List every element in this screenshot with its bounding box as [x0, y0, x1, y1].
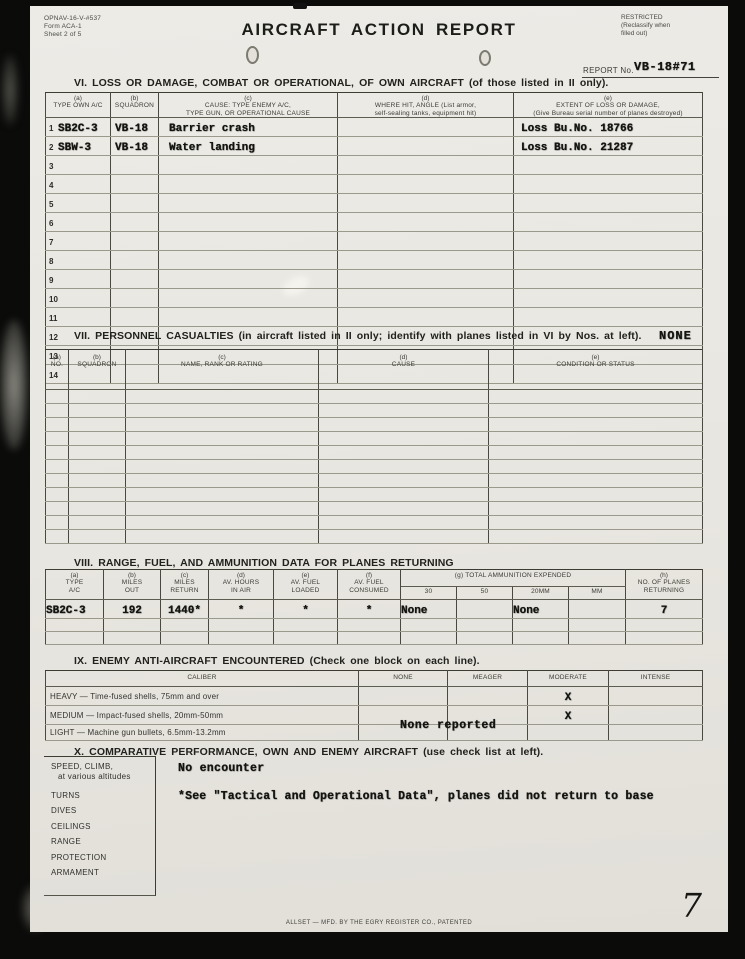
- column-letter: (h): [626, 572, 702, 579]
- empty-cell: [489, 432, 703, 446]
- check-moderate-cell: [528, 725, 609, 741]
- column-label: SQUADRON: [111, 102, 158, 110]
- column-header: (a)NO.: [46, 350, 69, 390]
- loss-damage-row: 4: [46, 175, 703, 194]
- range-fuel-row: [46, 632, 703, 645]
- cell-extent: Loss Bu.No. 18766: [514, 118, 703, 137]
- caliber-label: HEAVY — Time-fused shells, 75mm and over: [46, 687, 359, 706]
- empty-cell: [319, 460, 489, 474]
- cell-extent: [514, 213, 703, 232]
- cell-cause: [159, 213, 338, 232]
- column-header: (b)SQUADRON: [69, 350, 126, 390]
- empty-cell: [126, 502, 319, 516]
- column-label: A/C: [46, 587, 103, 595]
- column-label: TYPE: [46, 579, 103, 587]
- column-header: (d)WHERE HIT, ANGLE (List armor,self-sea…: [338, 93, 514, 118]
- header-row: CALIBERNONEMEAGERMODERATEINTENSE: [46, 671, 703, 687]
- light-aa-none-reported-entry: None reported: [400, 719, 496, 732]
- casualty-row: [46, 460, 703, 474]
- entry-cause: [159, 199, 169, 211]
- cell-type-own-ac: 10: [46, 289, 111, 308]
- cell-ammo-50: [457, 600, 513, 619]
- cell-miles-out: [104, 619, 161, 632]
- column-header: CALIBER: [46, 671, 359, 687]
- no-encounter-entry: No encounter: [178, 762, 264, 775]
- column-letter: (a): [46, 95, 110, 102]
- scan-artifact: [0, 320, 28, 450]
- cell-squadron: VB-18: [111, 137, 159, 156]
- cell-squadron: [111, 270, 159, 289]
- entry-miles-out: 192: [122, 605, 142, 617]
- personnel-casualties-table: (a)NO.(b)SQUADRON(c)NAME, RANK OR RATING…: [45, 349, 703, 544]
- entry-squadron: [111, 294, 115, 306]
- checklist-item: CEILINGS: [44, 822, 155, 832]
- cell-cause: [159, 289, 338, 308]
- casualty-row: [46, 516, 703, 530]
- page-number: 7: [681, 886, 702, 925]
- empty-cell: [319, 488, 489, 502]
- column-label: RETURNING: [626, 587, 702, 595]
- ammo-subcolumn-label: 30: [401, 588, 456, 596]
- entry-type-ac: SB2C-3: [46, 605, 86, 617]
- column-letter: (a): [46, 354, 68, 361]
- table-body: HEAVY — Time-fused shells, 75mm and over…: [46, 687, 703, 741]
- column-label: WHERE HIT, ANGLE (List armor,: [338, 102, 513, 110]
- cell-type-own-ac: 8: [46, 251, 111, 270]
- empty-cell: [46, 418, 69, 432]
- entry-squadron: VB-18: [111, 123, 148, 135]
- empty-cell: [126, 446, 319, 460]
- cell-where-hit: [338, 289, 514, 308]
- casualty-row: [46, 488, 703, 502]
- column-label: MODERATE: [528, 674, 608, 682]
- empty-cell: [46, 460, 69, 474]
- empty-cell: [46, 530, 69, 544]
- checklist-item: DIVES: [44, 806, 155, 816]
- loss-damage-row: 8: [46, 251, 703, 270]
- section-viii-title: VIII. RANGE, FUEL, AND AMMUNITION DATA F…: [74, 557, 454, 569]
- cell-fuel-loaded: [274, 632, 338, 645]
- performance-checklist: SPEED, CLIMB,at various altitudesTURNSDI…: [44, 756, 156, 896]
- empty-cell: [69, 502, 126, 516]
- check-mark: X: [565, 711, 572, 723]
- cell-where-hit: [338, 137, 514, 156]
- table-head: (a)TYPEA/C(b)MILESOUT(c)MILESRETURN(d)AV…: [46, 570, 703, 600]
- entry-squadron: [111, 180, 115, 192]
- check-intense-cell: [609, 725, 703, 741]
- column-letter: (b): [69, 354, 125, 361]
- empty-cell: [69, 390, 126, 404]
- section-ix-title: IX. ENEMY ANTI-AIRCRAFT ENCOUNTERED (Che…: [74, 655, 480, 667]
- entry-cause: [159, 180, 169, 192]
- entry-extent: Loss Bu.No. 21287: [514, 142, 633, 154]
- checklist-item: ARMAMENT: [44, 868, 155, 878]
- cell-extent: [514, 289, 703, 308]
- check-none-cell: [359, 687, 448, 706]
- cell-squadron: [111, 289, 159, 308]
- header-row: (a)TYPE OWN A/C(b)SQUADRON(c)CAUSE: TYPE…: [46, 93, 703, 118]
- column-label: MILES: [161, 579, 208, 587]
- cell-where-hit: [338, 308, 514, 327]
- report-number-value: VB-18#71: [634, 60, 696, 74]
- entry-extent: [514, 275, 521, 287]
- column-letter: (e): [274, 572, 337, 579]
- checklist-item: RANGE: [44, 837, 155, 847]
- column-header: (c)NAME, RANK OR RATING: [126, 350, 319, 390]
- column-letter: (d): [338, 95, 513, 102]
- loss-damage-row: 1SB2C-3VB-18Barrier crashLoss Bu.No. 187…: [46, 118, 703, 137]
- cell-ammo-mm: [569, 619, 626, 632]
- cell-av-hours: [209, 619, 274, 632]
- column-label: NAME, RANK OR RATING: [126, 361, 318, 369]
- empty-cell: [489, 446, 703, 460]
- empty-cell: [319, 502, 489, 516]
- column-label: EXTENT OF LOSS OR DAMAGE,: [514, 102, 702, 110]
- column-header: (e)EXTENT OF LOSS OR DAMAGE,(Give Bureau…: [514, 93, 703, 118]
- empty-cell: [126, 390, 319, 404]
- checklist-item: at various altitudes: [44, 772, 155, 782]
- entry-cause: [159, 294, 169, 306]
- column-letter: (e): [489, 354, 702, 361]
- column-header: NONE: [359, 671, 448, 687]
- empty-cell: [126, 474, 319, 488]
- empty-cell: [46, 502, 69, 516]
- cell-cause: [159, 308, 338, 327]
- column-label: CALIBER: [46, 674, 358, 682]
- printer-imprint: ALLSET — MFD. BY THE EGRY REGISTER CO., …: [30, 920, 728, 926]
- column-header: (a)TYPEA/C: [46, 570, 104, 600]
- empty-cell: [319, 474, 489, 488]
- empty-cell: [489, 390, 703, 404]
- loss-damage-row: 6: [46, 213, 703, 232]
- classification-line: filled out): [621, 30, 670, 38]
- cell-extent: [514, 270, 703, 289]
- column-label: AV. FUEL: [274, 579, 337, 587]
- column-header: (b)SQUADRON: [111, 93, 159, 118]
- loss-damage-row: 5: [46, 194, 703, 213]
- check-meager-cell: [448, 687, 528, 706]
- ammo-subcolumn-header: 20MM: [513, 587, 569, 600]
- entry-fuel-loaded: *: [302, 605, 309, 617]
- entry-cause: Water landing: [159, 142, 255, 154]
- cell-extent: [514, 308, 703, 327]
- empty-cell: [126, 404, 319, 418]
- column-header: INTENSE: [609, 671, 703, 687]
- entry-squadron: [111, 199, 115, 211]
- casualty-row: [46, 502, 703, 516]
- column-letter: (c): [161, 572, 208, 579]
- empty-cell: [489, 418, 703, 432]
- scanned-report-page: OPNAV-16-V-#537 Form ACA-1 Sheet 2 of 5 …: [30, 6, 728, 932]
- column-label: MILES: [104, 579, 160, 587]
- aa-caliber-row: HEAVY — Time-fused shells, 75mm and over…: [46, 687, 703, 706]
- cell-extent: Loss Bu.No. 21287: [514, 137, 703, 156]
- column-label: CAUSE: TYPE ENEMY A/C,: [159, 102, 337, 110]
- cell-miles-return: 1440*: [161, 600, 209, 619]
- empty-cell: [126, 488, 319, 502]
- cell-extent: [514, 194, 703, 213]
- column-label: TYPE GUN, OR OPERATIONAL CAUSE: [159, 110, 337, 118]
- column-label: CONDITION OR STATUS: [489, 361, 702, 369]
- entry-type-own-ac: SBW-3: [58, 142, 91, 154]
- column-header: (d)AV. HOURSIN AIR: [209, 570, 274, 600]
- cell-squadron: VB-18: [111, 118, 159, 137]
- empty-cell: [126, 432, 319, 446]
- classification-line: RESTRICTED: [621, 14, 670, 22]
- column-label: RETURN: [161, 587, 208, 595]
- cell-fuel-consumed: [338, 619, 401, 632]
- row-number: 6: [46, 219, 58, 228]
- row-number: 10: [46, 295, 58, 304]
- ammo-subcolumn-header: MM: [569, 587, 626, 600]
- cell-av-hours: [209, 632, 274, 645]
- entry-extent: [514, 199, 521, 211]
- cell-where-hit: [338, 270, 514, 289]
- cell-where-hit: [338, 194, 514, 213]
- column-header: (b)MILESOUT: [104, 570, 161, 600]
- check-intense-cell: [609, 687, 703, 706]
- empty-cell: [319, 404, 489, 418]
- cell-ammo-30: [401, 632, 457, 645]
- cell-type-ac: [46, 619, 104, 632]
- entry-squadron: [111, 237, 115, 249]
- cell-fuel-consumed: *: [338, 600, 401, 619]
- column-label: NO.: [46, 361, 68, 369]
- entry-ammo-30: None: [401, 605, 427, 617]
- empty-cell: [319, 516, 489, 530]
- cell-miles-return: [161, 632, 209, 645]
- cell-ammo-50: [457, 619, 513, 632]
- row-number: 8: [46, 257, 58, 266]
- casualty-row: [46, 446, 703, 460]
- column-header: (f)AV. FUELCONSUMED: [338, 570, 401, 600]
- row-number: 12: [46, 333, 58, 342]
- cell-av-hours: *: [209, 600, 274, 619]
- entry-squadron: [111, 256, 115, 268]
- classification-stamp: RESTRICTED (Reclassify when filled out): [621, 14, 670, 38]
- entry-squadron: [111, 275, 115, 287]
- row-number: 4: [46, 181, 58, 190]
- cell-squadron: [111, 213, 159, 232]
- column-letter: (d): [319, 354, 488, 361]
- table-body: SB2C-31921440****NoneNone7: [46, 600, 703, 645]
- cell-miles-out: [104, 632, 161, 645]
- column-label: CONSUMED: [338, 587, 400, 595]
- empty-cell: [489, 404, 703, 418]
- entry-extent: [514, 161, 521, 173]
- row-number: 11: [46, 314, 58, 323]
- entry-squadron: [111, 218, 115, 230]
- empty-cell: [46, 432, 69, 446]
- loss-damage-row: 11: [46, 308, 703, 327]
- entry-cause: [159, 256, 169, 268]
- column-label: INTENSE: [609, 674, 702, 682]
- ammo-subcolumn-label: 20MM: [513, 588, 568, 596]
- column-label: SQUADRON: [69, 361, 125, 369]
- cell-squadron: [111, 194, 159, 213]
- cell-cause: Barrier crash: [159, 118, 338, 137]
- entry-cause: [159, 237, 169, 249]
- cell-planes-returning: [626, 632, 703, 645]
- cell-ammo-mm: [569, 600, 626, 619]
- column-letter: (f): [338, 572, 400, 579]
- empty-cell: [46, 390, 69, 404]
- cell-type-own-ac: 4: [46, 175, 111, 194]
- cell-type-own-ac: 5: [46, 194, 111, 213]
- entry-ammo-20mm: None: [513, 605, 539, 617]
- cell-where-hit: [338, 175, 514, 194]
- empty-cell: [69, 418, 126, 432]
- empty-cell: [126, 460, 319, 474]
- entry-extent: [514, 218, 521, 230]
- cell-type-own-ac: 7: [46, 232, 111, 251]
- column-letter: (c): [126, 354, 318, 361]
- empty-cell: [319, 446, 489, 460]
- loss-damage-row: 7: [46, 232, 703, 251]
- casualty-row: [46, 432, 703, 446]
- cell-extent: [514, 251, 703, 270]
- column-header: (c)CAUSE: TYPE ENEMY A/C,TYPE GUN, OR OP…: [159, 93, 338, 118]
- antiaircraft-table: CALIBERNONEMEAGERMODERATEINTENSEHEAVY — …: [45, 670, 703, 741]
- row-number: 9: [46, 276, 58, 285]
- range-fuel-row: SB2C-31921440****NoneNone7: [46, 600, 703, 619]
- empty-cell: [46, 474, 69, 488]
- column-header: (d)CAUSE: [319, 350, 489, 390]
- empty-cell: [126, 530, 319, 544]
- row-number: 5: [46, 200, 58, 209]
- entry-extent: [514, 256, 521, 268]
- entry-squadron: [111, 313, 115, 325]
- section-vii-title: VII. PERSONNEL CASUALTIES (in aircraft l…: [74, 330, 642, 342]
- column-header: (e)AV. FUELLOADED: [274, 570, 338, 600]
- check-mark: X: [565, 692, 572, 704]
- column-letter: (c): [159, 95, 337, 102]
- classification-line: (Reclassify when: [621, 22, 670, 30]
- ammo-subcolumn-header: 50: [457, 587, 513, 600]
- cell-squadron: [111, 308, 159, 327]
- cell-extent: [514, 156, 703, 175]
- column-letter: (d): [209, 572, 273, 579]
- entry-squadron: [111, 161, 115, 173]
- cell-fuel-loaded: *: [274, 600, 338, 619]
- cell-planes-returning: 7: [626, 600, 703, 619]
- cell-where-hit: [338, 213, 514, 232]
- empty-cell: [489, 474, 703, 488]
- casualties-none-entry: NONE: [659, 329, 692, 343]
- empty-cell: [489, 530, 703, 544]
- column-label: TYPE OWN A/C: [46, 102, 110, 110]
- column-label: AV. HOURS: [209, 579, 273, 587]
- checklist-item: TURNS: [44, 791, 155, 801]
- cell-type-own-ac: 2SBW-3: [46, 137, 111, 156]
- empty-cell: [489, 502, 703, 516]
- column-letter: (b): [111, 95, 158, 102]
- ammo-subcolumn-label: 50: [457, 588, 512, 596]
- entry-miles-return: 1440*: [168, 605, 201, 617]
- row-number: 7: [46, 238, 58, 247]
- casualty-row: [46, 418, 703, 432]
- empty-cell: [46, 516, 69, 530]
- entry-extent: [514, 313, 521, 325]
- entry-av-hours: *: [238, 605, 245, 617]
- cell-type-own-ac: 1SB2C-3: [46, 118, 111, 137]
- range-fuel-ammo-table: (a)TYPEA/C(b)MILESOUT(c)MILESRETURN(d)AV…: [45, 569, 703, 645]
- cell-ammo-20mm: [513, 632, 569, 645]
- loss-damage-row: 3: [46, 156, 703, 175]
- empty-cell: [69, 530, 126, 544]
- empty-cell: [69, 516, 126, 530]
- cell-type-own-ac: 9: [46, 270, 111, 289]
- entry-extent: [514, 294, 521, 306]
- cell-ammo-30: None: [401, 600, 457, 619]
- column-letter: (b): [104, 572, 160, 579]
- column-label: AV. FUEL: [338, 579, 400, 587]
- table-body: [46, 390, 703, 544]
- row-number: 2: [46, 143, 58, 152]
- cell-squadron: [111, 175, 159, 194]
- cell-type-own-ac: 3: [46, 156, 111, 175]
- empty-cell: [69, 474, 126, 488]
- entry-planes-returning: 7: [661, 605, 668, 617]
- entry-cause: [159, 161, 169, 173]
- entry-cause: [159, 275, 169, 287]
- empty-cell: [69, 488, 126, 502]
- table-head: (a)TYPE OWN A/C(b)SQUADRON(c)CAUSE: TYPE…: [46, 93, 703, 118]
- column-header: (a)TYPE OWN A/C: [46, 93, 111, 118]
- empty-cell: [46, 446, 69, 460]
- section-vi-title: VI. LOSS OR DAMAGE, COMBAT OR OPERATIONA…: [74, 77, 608, 89]
- empty-cell: [319, 418, 489, 432]
- column-header: (e)CONDITION OR STATUS: [489, 350, 703, 390]
- column-header: (h)NO. OF PLANESRETURNING: [626, 570, 703, 600]
- cell-extent: [514, 232, 703, 251]
- column-label: NONE: [359, 674, 447, 682]
- empty-cell: [69, 460, 126, 474]
- aa-caliber-row: MEDIUM — Impact-fused shells, 20mm-50mmX: [46, 706, 703, 725]
- column-label: IN AIR: [209, 587, 273, 595]
- cell-where-hit: [338, 251, 514, 270]
- empty-cell: [126, 418, 319, 432]
- empty-cell: [46, 404, 69, 418]
- entry-type-own-ac: SB2C-3: [58, 123, 98, 135]
- empty-cell: [489, 488, 703, 502]
- entry-cause: [159, 218, 169, 230]
- loss-damage-row: 2SBW-3VB-18Water landingLoss Bu.No. 2128…: [46, 137, 703, 156]
- column-label: MEAGER: [448, 674, 527, 682]
- casualty-row: [46, 404, 703, 418]
- cell-fuel-consumed: [338, 632, 401, 645]
- empty-cell: [46, 488, 69, 502]
- checklist-item: SPEED, CLIMB,: [44, 762, 155, 772]
- cell-extent: [514, 175, 703, 194]
- empty-cell: [319, 432, 489, 446]
- casualty-row: [46, 390, 703, 404]
- cell-squadron: [111, 232, 159, 251]
- empty-cell: [489, 460, 703, 474]
- entry-extent: Loss Bu.No. 18766: [514, 123, 633, 135]
- column-label: CAUSE: [319, 361, 488, 369]
- cell-where-hit: [338, 232, 514, 251]
- loss-damage-row: 9: [46, 270, 703, 289]
- cell-cause: Water landing: [159, 137, 338, 156]
- empty-cell: [69, 404, 126, 418]
- punch-hole: [246, 46, 259, 64]
- entry-cause: Barrier crash: [159, 123, 255, 135]
- column-label: OUT: [104, 587, 160, 595]
- punch-hole: [479, 50, 491, 66]
- ammo-subcolumn-header: 30: [401, 587, 457, 600]
- check-moderate-cell: X: [528, 706, 609, 725]
